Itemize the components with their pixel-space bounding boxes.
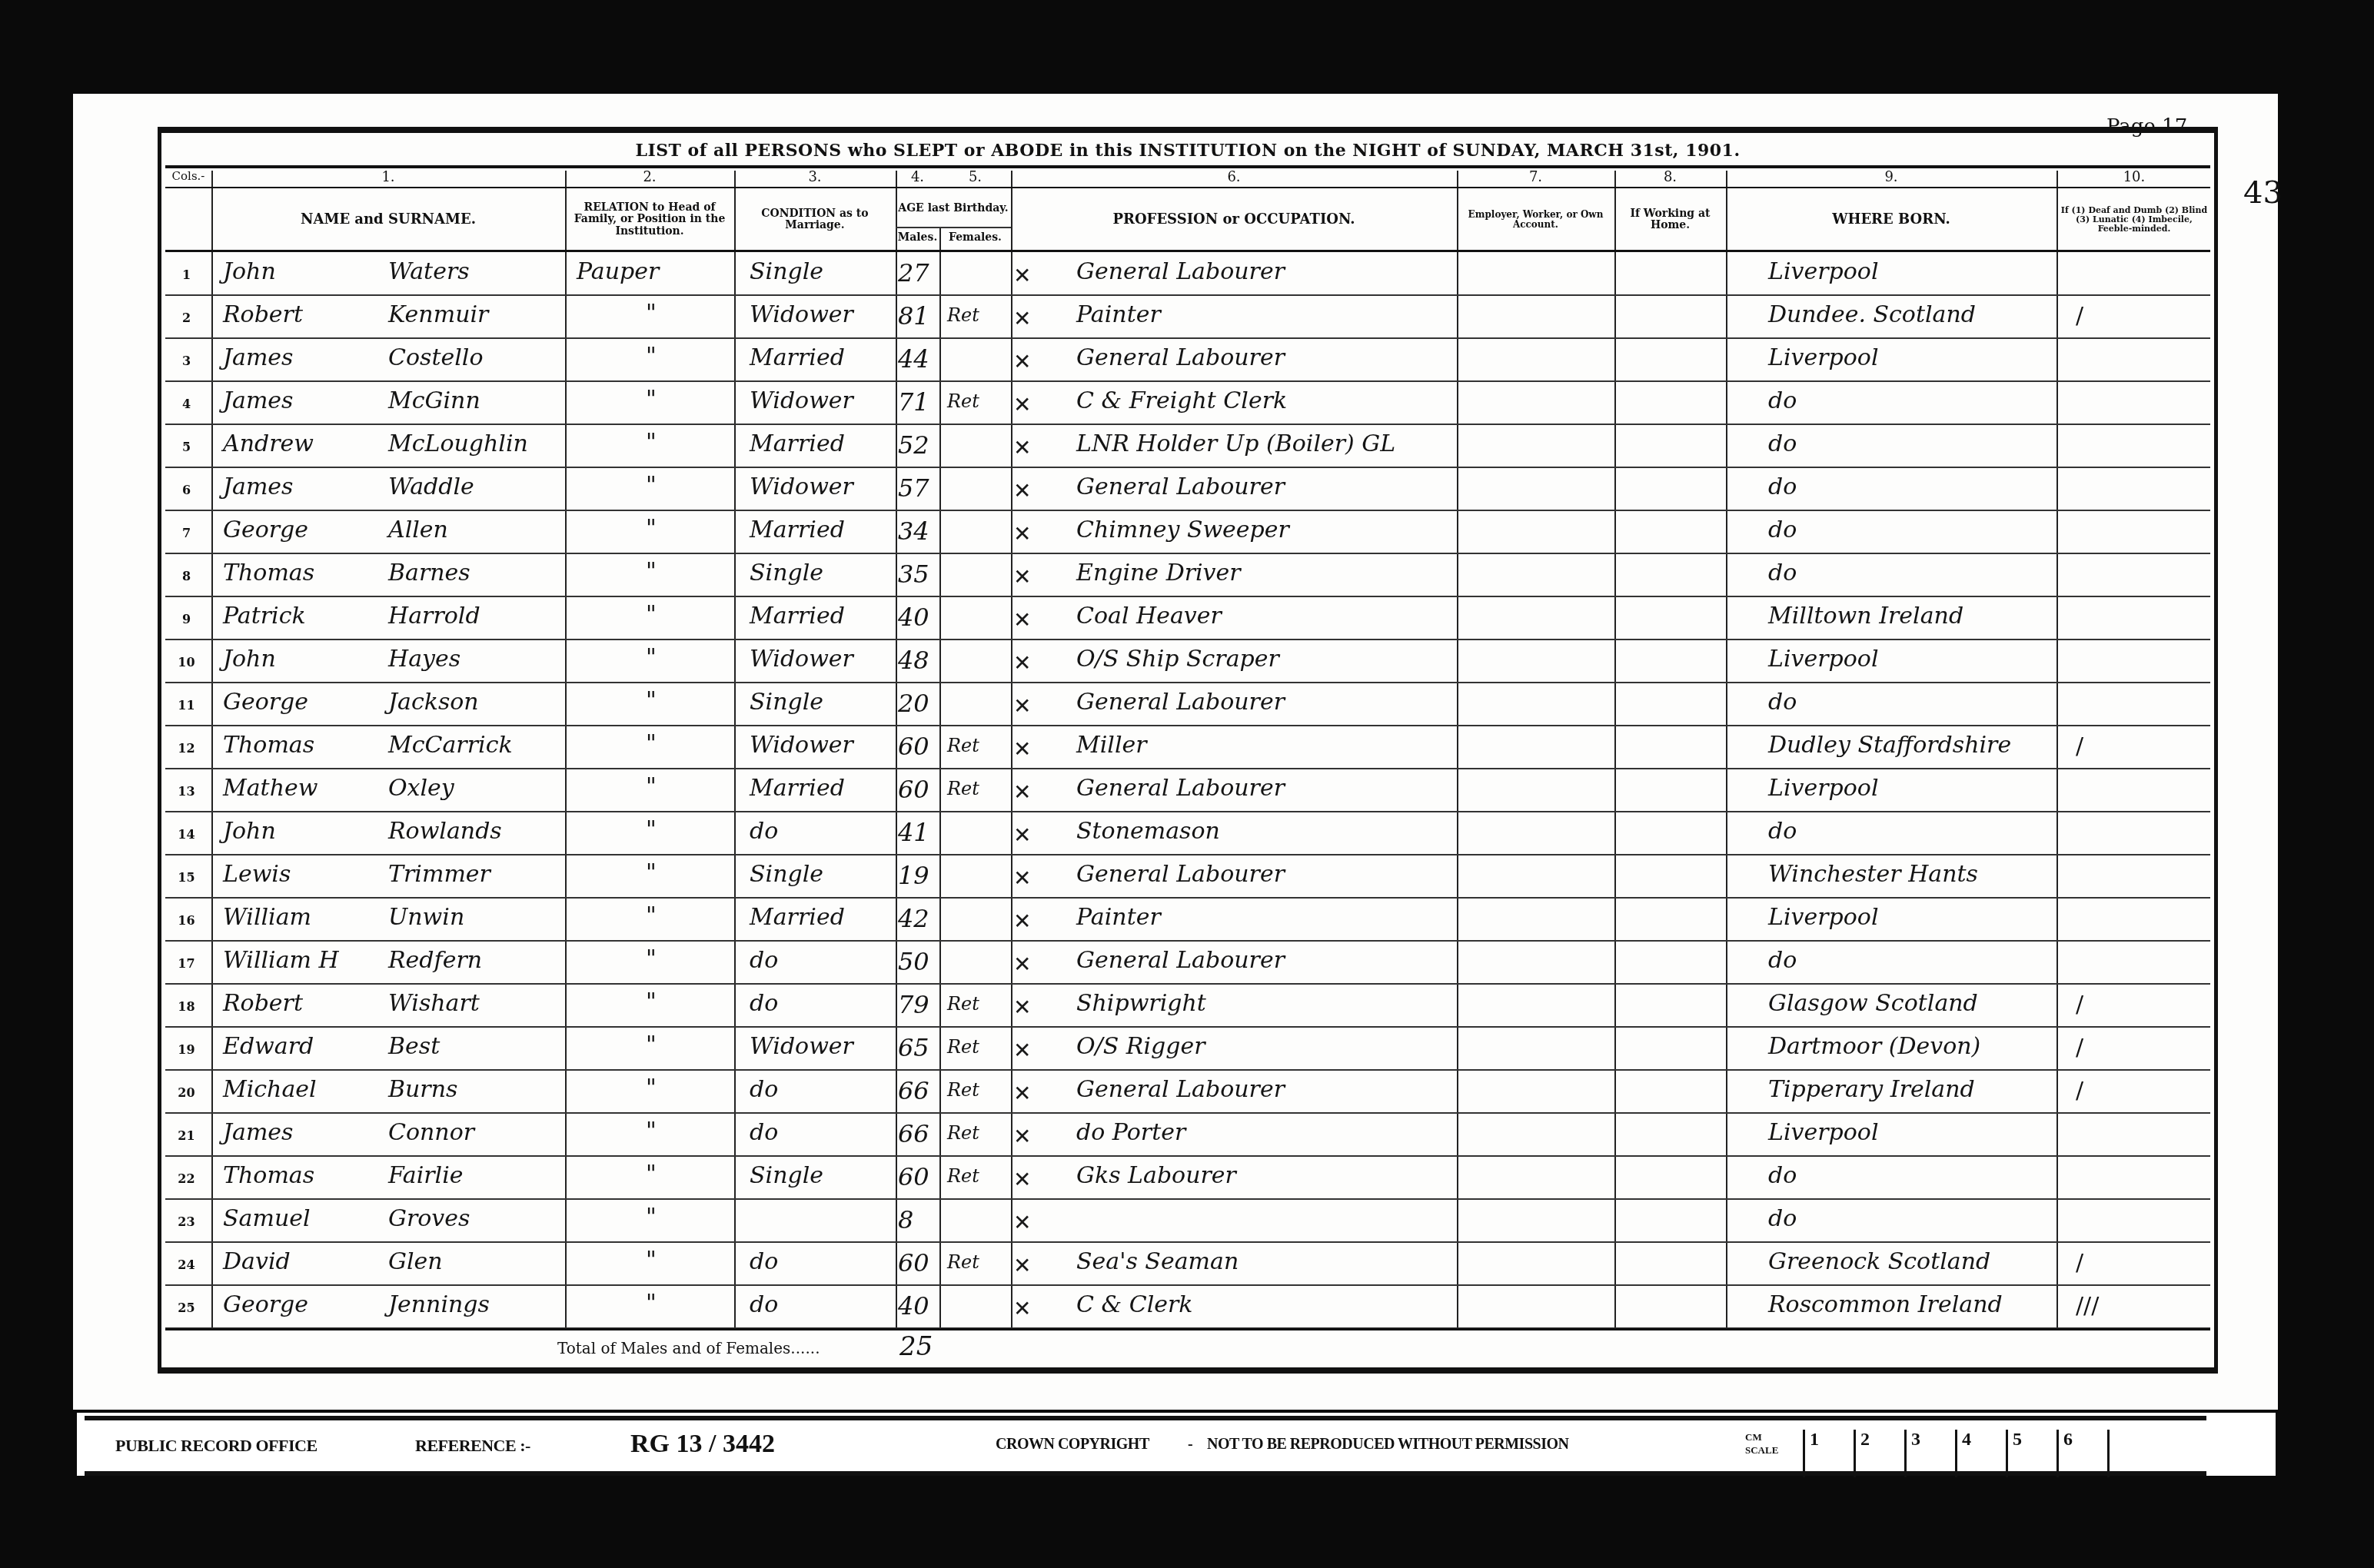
- table-row: 15LewisTrimmer"Single19✕General Labourer…: [0, 856, 2374, 899]
- first-name: William: [223, 904, 311, 931]
- occupation: Shipwright: [1076, 990, 1206, 1017]
- cross-mark-icon: ✕: [1013, 952, 1031, 977]
- age-male: 27: [898, 258, 929, 287]
- marital-condition: do: [750, 1119, 778, 1146]
- retired-mark: Ret: [947, 993, 979, 1015]
- row-number: 15: [165, 870, 208, 885]
- table-row: 19EdwardBest"Widower65Ret✕O/S RiggerDart…: [0, 1028, 2374, 1071]
- cross-mark-icon: ✕: [1013, 1081, 1031, 1106]
- marital-condition: do: [750, 990, 778, 1017]
- birthplace: Liverpool: [1768, 1119, 1878, 1146]
- occupation: General Labourer: [1076, 258, 1285, 285]
- surname: Fairlie: [388, 1162, 464, 1189]
- relation: ": [646, 1031, 657, 1058]
- folio-number: 43: [2243, 175, 2283, 211]
- cross-mark-icon: ✕: [1013, 1167, 1031, 1192]
- relation: ": [646, 343, 657, 370]
- retired-mark: Ret: [947, 1122, 979, 1144]
- birthplace: Liverpool: [1768, 775, 1878, 802]
- birthplace: Liverpool: [1768, 904, 1878, 931]
- table-row: 14JohnRowlands"do41✕Stonemasondo: [0, 813, 2374, 856]
- occupation: General Labourer: [1076, 947, 1285, 974]
- column-header: NAME and SURNAME.: [214, 192, 562, 247]
- age-male: 48: [898, 646, 929, 675]
- birthplace: Roscommon Ireland: [1768, 1291, 2003, 1318]
- birthplace: do: [1768, 1205, 1797, 1232]
- marital-condition: Single: [750, 258, 823, 285]
- occupation: Stonemason: [1076, 818, 1220, 845]
- age-male: 8: [898, 1205, 913, 1234]
- relation: ": [646, 1247, 657, 1274]
- cross-mark-icon: ✕: [1013, 349, 1031, 374]
- table-row: 20MichaelBurns"do66Ret✕General LabourerT…: [0, 1071, 2374, 1115]
- row-number: 24: [165, 1257, 208, 1272]
- marital-condition: do: [750, 1291, 778, 1318]
- scale-label-scale: SCALE: [1745, 1444, 1778, 1457]
- column-number: 3.: [734, 169, 896, 185]
- cross-mark-icon: ✕: [1013, 779, 1031, 805]
- table-row: 9PatrickHarrold"Married40✕Coal HeaverMil…: [0, 598, 2374, 641]
- first-name: Michael: [223, 1076, 317, 1103]
- birthplace: Greenock Scotland: [1768, 1248, 1990, 1275]
- birthplace: Tipperary Ireland: [1768, 1076, 1975, 1103]
- age-subrule: [896, 227, 1011, 228]
- first-name: Mathew: [223, 775, 318, 802]
- age-male: 60: [898, 1162, 929, 1191]
- first-name: George: [223, 689, 308, 716]
- schedule-title: LIST of all PERSONS who SLEPT or ABODE i…: [158, 141, 2218, 161]
- row-number: 21: [165, 1128, 208, 1143]
- table-row: 16WilliamUnwin"Married42✕PainterLiverpoo…: [0, 899, 2374, 942]
- first-name: John: [223, 646, 276, 673]
- first-name: Samuel: [223, 1205, 311, 1232]
- first-name: James: [223, 1119, 294, 1146]
- occupation: Chimney Sweeper: [1076, 517, 1289, 543]
- occupation: General Labourer: [1076, 344, 1285, 371]
- marital-condition: Married: [750, 517, 845, 543]
- age-male: 66: [898, 1119, 929, 1148]
- marital-condition: Married: [750, 344, 845, 371]
- birthplace: Glasgow Scotland: [1768, 990, 1978, 1017]
- age-male: 65: [898, 1033, 929, 1062]
- scale-label-cm: CM: [1745, 1431, 1778, 1444]
- separator: -: [1188, 1436, 1192, 1453]
- marital-condition: do: [750, 947, 778, 974]
- relation: ": [646, 601, 657, 628]
- record-office-footer: PUBLIC RECORD OFFICE REFERENCE :- RG 13 …: [77, 1413, 2276, 1476]
- column-header: Males.: [899, 229, 936, 247]
- row-number: 18: [165, 999, 208, 1014]
- scale-tick: 4: [1955, 1430, 2004, 1477]
- relation: ": [646, 300, 657, 327]
- office-name: PUBLIC RECORD OFFICE: [115, 1436, 318, 1456]
- age-male: 57: [898, 473, 929, 503]
- occupation: LNR Holder Up (Boiler) GL: [1076, 430, 1395, 457]
- marital-condition: Widower: [750, 732, 853, 759]
- occupation: C & Clerk: [1076, 1291, 1193, 1318]
- age-male: 40: [898, 1291, 929, 1321]
- relation: ": [646, 1161, 657, 1188]
- first-name: Patrick: [223, 603, 306, 630]
- table-row: 10JohnHayes"Widower48✕O/S Ship ScraperLi…: [0, 641, 2374, 684]
- surname: Wishart: [388, 990, 480, 1017]
- birthplace: do: [1768, 430, 1797, 457]
- surname: McCarrick: [388, 732, 513, 759]
- column-number: 2.: [565, 169, 734, 185]
- cross-mark-icon: ✕: [1013, 736, 1031, 762]
- first-name: John: [223, 258, 276, 285]
- first-name: William H: [223, 947, 339, 974]
- birthplace: Liverpool: [1768, 344, 1878, 371]
- marital-condition: Single: [750, 689, 823, 716]
- cross-mark-icon: ✕: [1013, 392, 1031, 417]
- first-name: David: [223, 1248, 291, 1275]
- age-male: 60: [898, 732, 929, 761]
- row-number: 4: [165, 397, 208, 411]
- surname: Barnes: [388, 560, 470, 586]
- relation: ": [646, 1290, 657, 1317]
- age-male: 20: [898, 689, 929, 718]
- table-row: 4JamesMcGinn"Widower71Ret✕C & Freight Cl…: [0, 383, 2374, 426]
- age-male: 35: [898, 560, 929, 589]
- age-male: 71: [898, 387, 929, 417]
- first-name: Andrew: [223, 430, 314, 457]
- retired-mark: Ret: [947, 1036, 979, 1058]
- first-name: Thomas: [223, 1162, 314, 1189]
- relation: ": [646, 1118, 657, 1144]
- table-row: 2RobertKenmuir"Widower81Ret✕PainterDunde…: [0, 297, 2374, 340]
- table-row: 17William HRedfern"do50✕General Labourer…: [0, 942, 2374, 985]
- occupation: General Labourer: [1076, 1076, 1285, 1103]
- occupation: Painter: [1076, 904, 1161, 931]
- marital-condition: do: [750, 1248, 778, 1275]
- scale-tick: 6: [2056, 1430, 2106, 1477]
- column-header: Employer, Worker, or Own Account.: [1460, 192, 1611, 247]
- marital-condition: Single: [750, 861, 823, 888]
- relation: ": [646, 773, 657, 800]
- occupation: Gks Labourer: [1076, 1162, 1236, 1189]
- table-row: 12ThomasMcCarrick"Widower60Ret✕MillerDud…: [0, 727, 2374, 770]
- birthplace: do: [1768, 387, 1797, 414]
- relation: ": [646, 687, 657, 714]
- infirmity-mark: ///: [2076, 1293, 2099, 1320]
- birthplace: Dundee. Scotland: [1768, 301, 1976, 328]
- surname: Oxley: [388, 775, 454, 802]
- occupation: General Labourer: [1076, 689, 1285, 716]
- relation: ": [646, 1204, 657, 1231]
- reproduction-notice: NOT TO BE REPRODUCED WITHOUT PERMISSION: [1207, 1436, 1568, 1453]
- totals-rule: [165, 1328, 2210, 1330]
- birthplace: Milltown Ireland: [1768, 603, 1963, 630]
- row-number: 12: [165, 741, 208, 756]
- surname: McGinn: [388, 387, 480, 414]
- table-row: 11GeorgeJackson"Single20✕General Laboure…: [0, 684, 2374, 727]
- retired-mark: Ret: [947, 735, 979, 756]
- row-number: 6: [165, 483, 208, 497]
- row-number: 7: [165, 526, 208, 540]
- marital-condition: Widower: [750, 387, 853, 414]
- retired-mark: Ret: [947, 1251, 979, 1273]
- birthplace: do: [1768, 473, 1797, 500]
- header-number-rule: [165, 187, 2210, 188]
- age-header: AGE last Birthday.: [896, 192, 1011, 226]
- relation: ": [646, 816, 657, 843]
- column-header: If (1) Deaf and Dumb (2) Blind (3) Lunat…: [2060, 192, 2209, 247]
- reference-code: RG 13 / 3442: [630, 1430, 775, 1459]
- infirmity-mark: /: [2076, 733, 2083, 760]
- marital-condition: do: [750, 818, 778, 845]
- cross-mark-icon: ✕: [1013, 435, 1031, 460]
- birthplace: do: [1768, 517, 1797, 543]
- row-number: 8: [165, 569, 208, 583]
- age-male: 66: [898, 1076, 929, 1105]
- birthplace: do: [1768, 689, 1797, 716]
- surname: Connor: [388, 1119, 474, 1146]
- age-male: 81: [898, 301, 929, 331]
- column-header: If Working at Home.: [1618, 192, 1723, 247]
- occupation: Painter: [1076, 301, 1161, 328]
- scale-tick: 3: [1904, 1430, 1953, 1477]
- row-number: 23: [165, 1214, 208, 1229]
- table-row: 23SamuelGroves"8✕do: [0, 1201, 2374, 1244]
- cols-label: Cols.-: [165, 169, 211, 183]
- birthplace: do: [1768, 818, 1797, 845]
- totals-label: Total of Males and of Females......: [557, 1339, 820, 1357]
- row-number: 25: [165, 1301, 208, 1315]
- column-number: 4.: [896, 169, 939, 185]
- row-number: 14: [165, 827, 208, 842]
- relation: ": [646, 730, 657, 757]
- column-number: 5.: [939, 169, 1011, 185]
- relation: ": [646, 515, 657, 542]
- cross-mark-icon: ✕: [1013, 1038, 1031, 1063]
- surname: Jackson: [388, 689, 479, 716]
- surname: Waters: [388, 258, 470, 285]
- cross-mark-icon: ✕: [1013, 995, 1031, 1020]
- birthplace: Dartmoor (Devon): [1768, 1033, 1980, 1060]
- infirmity-mark: /: [2076, 303, 2083, 330]
- row-number: 13: [165, 784, 208, 799]
- marital-condition: Widower: [750, 301, 853, 328]
- table-row: 6JamesWaddle"Widower57✕General Labourerd…: [0, 469, 2374, 512]
- row-number: 17: [165, 956, 208, 971]
- occupation: O/S Rigger: [1076, 1033, 1205, 1060]
- header-bottom-rule: [165, 250, 2210, 252]
- first-name: Robert: [223, 990, 303, 1017]
- first-name: James: [223, 387, 294, 414]
- cross-mark-icon: ✕: [1013, 521, 1031, 546]
- birthplace: do: [1768, 1162, 1797, 1189]
- age-male: 50: [898, 947, 929, 976]
- age-male: 52: [898, 430, 929, 460]
- scale-tick: 5: [2006, 1430, 2055, 1477]
- birthplace: Liverpool: [1768, 258, 1878, 285]
- cross-mark-icon: ✕: [1013, 909, 1031, 934]
- first-name: George: [223, 1291, 308, 1318]
- birthplace: do: [1768, 947, 1797, 974]
- relation: ": [646, 558, 657, 585]
- surname: Hayes: [388, 646, 461, 673]
- cross-mark-icon: ✕: [1013, 564, 1031, 590]
- relation: ": [646, 902, 657, 929]
- copyright-label: CROWN COPYRIGHT: [996, 1436, 1149, 1453]
- marital-condition: Widower: [750, 473, 853, 500]
- row-number: 10: [165, 655, 208, 669]
- cross-mark-icon: ✕: [1013, 1124, 1031, 1149]
- column-number: 6.: [1011, 169, 1457, 185]
- totals-males-value: 25: [899, 1331, 933, 1362]
- retired-mark: Ret: [947, 390, 979, 412]
- reference-label: REFERENCE :-: [415, 1436, 530, 1456]
- surname: McLoughlin: [388, 430, 528, 457]
- table-row: 21JamesConnor"do66Ret✕do PorterLiverpool: [0, 1115, 2374, 1158]
- birthplace: Liverpool: [1768, 646, 1878, 673]
- surname: Kenmuir: [388, 301, 488, 328]
- first-name: Edward: [223, 1033, 314, 1060]
- table-row: 18RobertWishart"do79Ret✕ShipwrightGlasgo…: [0, 985, 2374, 1028]
- age-male: 60: [898, 1248, 929, 1277]
- surname: Unwin: [388, 904, 464, 931]
- surname: Allen: [388, 517, 448, 543]
- surname: Rowlands: [388, 818, 502, 845]
- surname: Burns: [388, 1076, 457, 1103]
- cross-mark-icon: ✕: [1013, 1253, 1031, 1278]
- row-number: 22: [165, 1171, 208, 1186]
- cross-mark-icon: ✕: [1013, 1296, 1031, 1321]
- surname: Trimmer: [388, 861, 490, 888]
- first-name: George: [223, 517, 308, 543]
- cross-mark-icon: ✕: [1013, 478, 1031, 503]
- table-row: 7GeorgeAllen"Married34✕Chimney Sweeperdo: [0, 512, 2374, 555]
- column-number: 1.: [211, 169, 565, 185]
- table-row: 13MathewOxley"Married60Ret✕General Labou…: [0, 770, 2374, 813]
- row-number: 1: [165, 267, 208, 282]
- birthplace: Dudley Staffordshire: [1768, 732, 2011, 759]
- relation: ": [646, 472, 657, 499]
- table-row: 24DavidGlen"do60Ret✕Sea's SeamanGreenock…: [0, 1244, 2374, 1287]
- occupation: do Porter: [1076, 1119, 1185, 1146]
- cross-mark-icon: ✕: [1013, 607, 1031, 633]
- occupation: C & Freight Clerk: [1076, 387, 1287, 414]
- table-row: 25GeorgeJennings"do40✕C & ClerkRoscommon…: [0, 1287, 2374, 1330]
- age-male: 44: [898, 344, 929, 374]
- first-name: James: [223, 473, 294, 500]
- title-rule: [165, 165, 2210, 168]
- scale-tick: 2: [1854, 1430, 1903, 1477]
- relation: ": [646, 429, 657, 456]
- footer-rule-top: [85, 1416, 2206, 1420]
- retired-mark: Ret: [947, 1165, 979, 1187]
- marital-condition: Married: [750, 775, 845, 802]
- column-number: 10.: [2056, 169, 2212, 185]
- row-number: 2: [165, 311, 208, 325]
- row-number: 5: [165, 440, 208, 454]
- occupation: O/S Ship Scraper: [1076, 646, 1279, 673]
- row-number: 3: [165, 354, 208, 368]
- retired-mark: Ret: [947, 778, 979, 799]
- column-number: 7.: [1457, 169, 1614, 185]
- column-header: PROFESSION or OCCUPATION.: [1014, 192, 1454, 247]
- marital-condition: Widower: [750, 646, 853, 673]
- first-name: James: [223, 344, 294, 371]
- age-male: 41: [898, 818, 929, 847]
- relation: ": [646, 945, 657, 972]
- column-header: CONDITION as to Marriage.: [737, 192, 893, 247]
- cross-mark-icon: ✕: [1013, 263, 1031, 288]
- scale-tick: 1: [1803, 1430, 1852, 1477]
- cross-mark-icon: ✕: [1013, 865, 1031, 891]
- occupation: General Labourer: [1076, 861, 1285, 888]
- surname: Costello: [388, 344, 483, 371]
- age-male: 79: [898, 990, 929, 1019]
- cross-mark-icon: ✕: [1013, 1210, 1031, 1235]
- marital-condition: Widower: [750, 1033, 853, 1060]
- column-header: Females.: [943, 229, 1008, 247]
- relation: Pauper: [577, 258, 659, 285]
- column-number: 8.: [1614, 169, 1726, 185]
- marital-condition: Single: [750, 1162, 823, 1189]
- infirmity-mark: /: [2076, 1035, 2083, 1061]
- marital-condition: Single: [750, 560, 823, 586]
- surname: Waddle: [388, 473, 474, 500]
- first-name: Lewis: [223, 861, 291, 888]
- column-number: 9.: [1726, 169, 2056, 185]
- retired-mark: Ret: [947, 1079, 979, 1101]
- row-number: 9: [165, 612, 208, 626]
- birthplace: do: [1768, 560, 1797, 586]
- scale-end: [2107, 1430, 2215, 1477]
- column-header: WHERE BORN.: [1729, 192, 2053, 247]
- occupation: General Labourer: [1076, 775, 1285, 802]
- cross-mark-icon: ✕: [1013, 693, 1031, 719]
- first-name: Robert: [223, 301, 303, 328]
- marital-condition: do: [750, 1076, 778, 1103]
- cross-mark-icon: ✕: [1013, 822, 1031, 848]
- marital-condition: Married: [750, 603, 845, 630]
- infirmity-mark: /: [2076, 1250, 2083, 1277]
- table-row: 5AndrewMcLoughlin"Married52✕LNR Holder U…: [0, 426, 2374, 469]
- age-male: 40: [898, 603, 929, 632]
- surname: Best: [388, 1033, 440, 1060]
- surname: Harrold: [388, 603, 480, 630]
- table-row: 3JamesCostello"Married44✕General Laboure…: [0, 340, 2374, 383]
- age-male: 34: [898, 517, 929, 546]
- row-number: 19: [165, 1042, 208, 1057]
- relation: ": [646, 386, 657, 413]
- first-name: John: [223, 818, 276, 845]
- cm-scale-label: CM SCALE: [1745, 1431, 1778, 1457]
- row-number: 16: [165, 913, 208, 928]
- table-row: 22ThomasFairlie"Single60Ret✕Gks Labourer…: [0, 1158, 2374, 1201]
- relation: ": [646, 644, 657, 671]
- occupation: Miller: [1076, 732, 1147, 759]
- occupation: Coal Heaver: [1076, 603, 1222, 630]
- row-number: 20: [165, 1085, 208, 1100]
- cross-mark-icon: ✕: [1013, 650, 1031, 676]
- surname: Jennings: [388, 1291, 490, 1318]
- retired-mark: Ret: [947, 304, 979, 326]
- surname: Groves: [388, 1205, 470, 1232]
- relation: ": [646, 988, 657, 1015]
- relation: ": [646, 859, 657, 886]
- age-male: 42: [898, 904, 929, 933]
- birthplace: Winchester Hants: [1768, 861, 1978, 888]
- row-number: 11: [165, 698, 208, 713]
- occupation: Engine Driver: [1076, 560, 1241, 586]
- table-row: 1JohnWatersPauperSingle27✕General Labour…: [0, 254, 2374, 297]
- infirmity-mark: /: [2076, 992, 2083, 1018]
- surname: Glen: [388, 1248, 443, 1275]
